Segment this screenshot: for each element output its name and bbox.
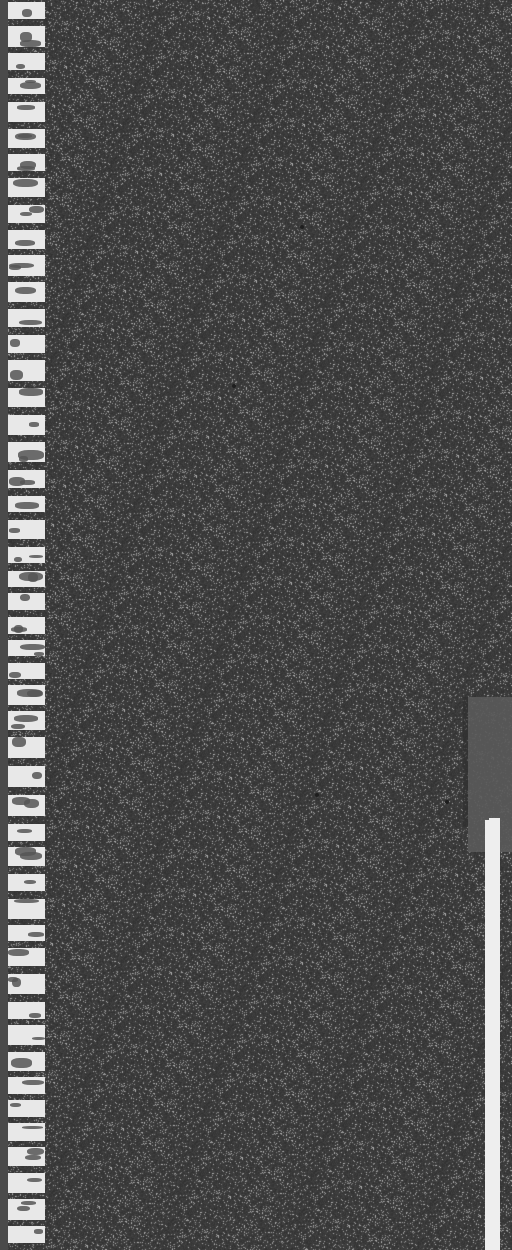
edge-stripe — [8, 766, 45, 787]
edge-stripe — [8, 360, 45, 381]
edge-stripe — [8, 255, 45, 276]
edge-stripe — [8, 154, 45, 171]
edge-stripe — [8, 899, 45, 919]
edge-stripe — [8, 874, 45, 891]
edge-stripe — [8, 230, 45, 249]
edge-stripe — [8, 102, 45, 122]
edge-stripe — [8, 335, 45, 353]
edge-stripe — [8, 520, 45, 539]
asphalt-texture — [0, 0, 512, 1250]
edge-stripe — [8, 571, 45, 587]
edge-stripe — [8, 925, 45, 941]
debris-speck — [300, 225, 304, 229]
edge-stripe — [8, 1226, 45, 1243]
edge-stripe — [8, 824, 45, 841]
edge-stripe — [8, 1002, 45, 1019]
edge-stripe — [8, 470, 45, 488]
road-edge — [0, 0, 8, 1250]
edge-stripe — [8, 53, 45, 70]
edge-stripe — [8, 663, 45, 679]
edge-stripe — [8, 737, 45, 758]
edge-stripe — [8, 129, 45, 148]
edge-stripe — [8, 795, 45, 816]
edge-stripe — [8, 1173, 45, 1193]
edge-stripe — [8, 178, 45, 197]
edge-stripe — [8, 1052, 45, 1071]
edge-stripe — [8, 547, 45, 563]
edge-stripe — [8, 1100, 45, 1117]
edge-stripe — [8, 26, 45, 47]
edge-stripe — [8, 640, 45, 656]
edge-stripe — [8, 974, 45, 994]
edge-stripe — [8, 2, 45, 19]
edge-stripe — [8, 388, 45, 407]
edge-stripe — [8, 205, 45, 223]
edge-stripe-markings — [8, 0, 46, 1250]
edge-stripe — [8, 415, 45, 435]
edge-stripe — [8, 948, 45, 966]
edge-stripe — [8, 711, 45, 730]
edge-stripe — [8, 1025, 45, 1045]
edge-stripe — [8, 78, 45, 94]
debris-speck — [445, 800, 449, 804]
edge-stripe — [8, 847, 45, 866]
edge-stripe — [8, 442, 45, 462]
solid-lane-line — [485, 820, 500, 1250]
edge-stripe — [8, 685, 45, 705]
edge-stripe — [8, 1077, 45, 1094]
edge-stripe — [8, 1199, 45, 1220]
debris-speck — [315, 793, 319, 797]
edge-stripe — [8, 496, 45, 512]
edge-stripe — [8, 617, 45, 634]
edge-stripe — [8, 593, 45, 610]
edge-stripe — [8, 1123, 45, 1141]
asphalt-road-photo — [0, 0, 512, 1250]
edge-stripe — [8, 309, 45, 327]
edge-stripe — [8, 282, 45, 302]
edge-stripe — [8, 1147, 45, 1166]
debris-speck — [232, 384, 236, 388]
